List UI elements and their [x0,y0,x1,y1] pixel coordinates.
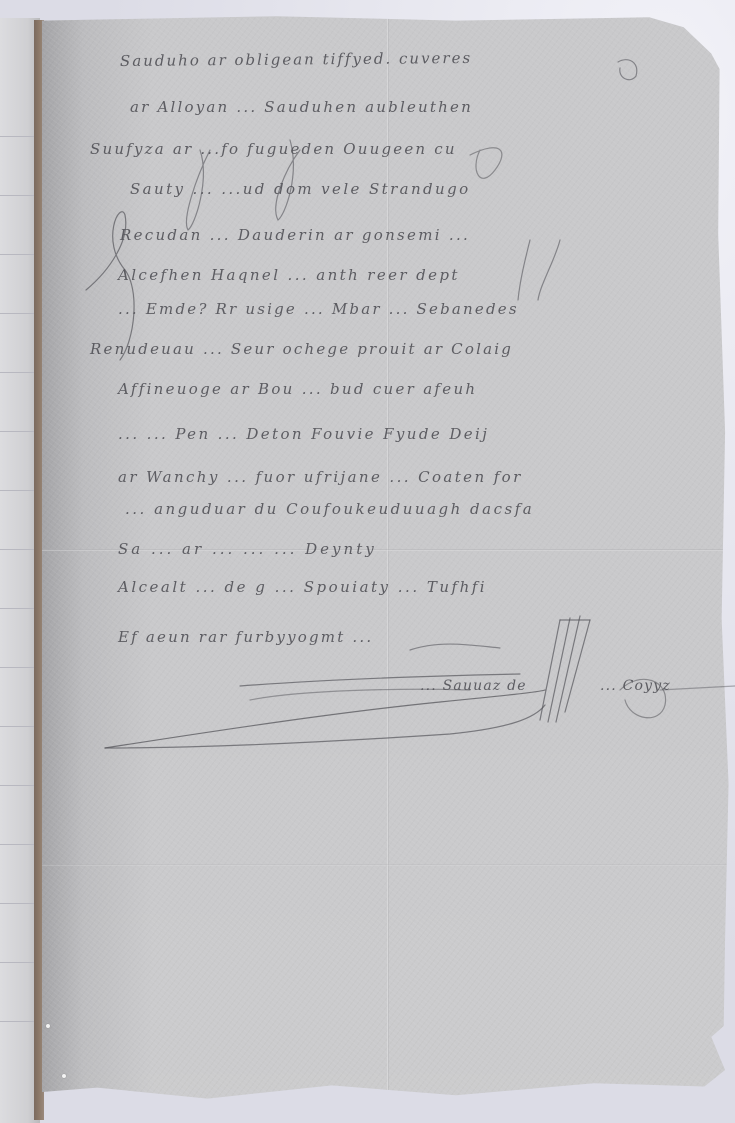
text-line: Sa ... ar ... ... ... Deynty [118,540,377,558]
fold-crease-horizontal-lower [42,864,732,866]
pinhole [46,1024,50,1028]
ruled-lines [0,78,36,1078]
text-line: Renudeuau ... Seur ochege prouit ar Cola… [90,340,513,358]
signature-left: ... Sauuaz de [420,678,527,694]
text-line: Sauduho ar obligean tiffyed. cuveres [120,49,472,70]
text-line: Suufyza ar ...fo fugueden Ouugeen cu [90,140,457,158]
signature-right: ... Coyyz [600,678,671,694]
text-line: ... ... Pen ... Deton Fouvie Fyude Deij [118,425,489,443]
text-line: Affineuoge ar Bou ... bud cuer afeuh [118,380,477,398]
text-line: ... anguduar du Coufoukeuduuagh dacsfa [125,500,534,518]
text-line: Recudan ... Dauderin ar gonsemi ... [120,226,470,244]
text-line: ar Alloyan ... Sauduhen aubleuthen [130,98,473,116]
fold-crease-vertical [387,14,389,1114]
text-line: ... Emde? Rr usige ... Mbar ... Sebanede… [118,300,519,318]
text-line: Sauty ... ...ud dom vele Strandugo [130,180,471,198]
text-line: ar Wanchy ... fuor ufrijane ... Coaten f… [118,468,523,486]
text-line: Ef aeun rar furbyyogmt ... [118,628,373,646]
text-line: Alcefhen Haqnel ... anth reer dept [118,266,460,284]
text-line: Alcealt ... de g ... Spouiaty ... Tufhfi [118,578,487,596]
manuscript-page [42,14,732,1114]
pinhole [62,1074,66,1078]
